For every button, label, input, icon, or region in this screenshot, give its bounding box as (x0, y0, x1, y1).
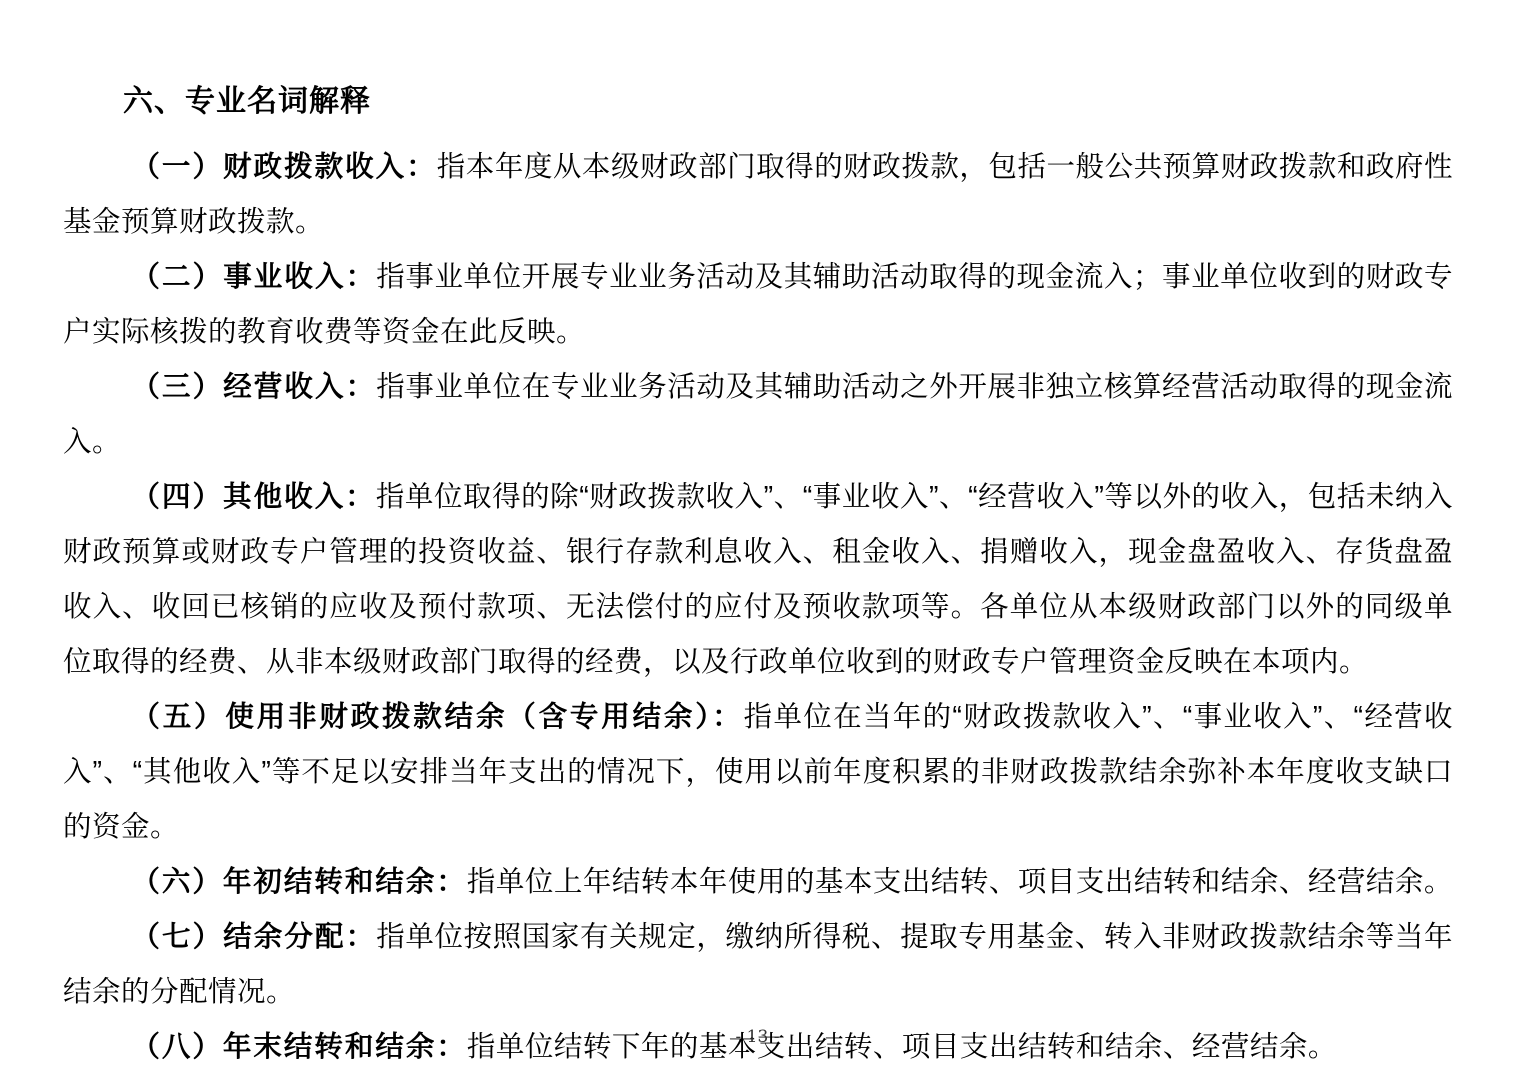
document-page: 六、专业名词解释 （一）财政拨款收入：指本年度从本级财政部门取得的财政拨款，包括… (0, 0, 1515, 1069)
term-label: （一）财政拨款收入： (131, 152, 436, 183)
term-label: （七）结余分配： (131, 922, 376, 953)
term-definition: 指单位上年结转本年使用的基本支出结转、项目支出结转和结余、经营结余。 (467, 866, 1453, 898)
term-paragraph: （二）事业收入：指事业单位开展专业业务活动及其辅助活动取得的现金流入；事业单位收… (63, 250, 1453, 360)
term-paragraph: （七）结余分配：指单位按照国家有关规定，缴纳所得税、提取专用基金、转入非财政拨款… (63, 910, 1453, 1020)
term-label: （二）事业收入： (131, 262, 376, 293)
term-paragraph: （五）使用非财政拨款结余（含专用结余）：指单位在当年的“财政拨款收入”、“事业收… (63, 690, 1453, 855)
term-paragraph: （六）年初结转和结余：指单位上年结转本年使用的基本支出结转、项目支出结转和结余、… (63, 855, 1453, 910)
term-label: （六）年初结转和结余： (131, 867, 467, 898)
term-label: （五）使用非财政拨款结余（含专用结余）： (131, 702, 743, 733)
term-label: （四）其他收入： (131, 482, 375, 513)
section-heading: 六、专业名词解释 (63, 78, 1453, 126)
term-paragraph: （一）财政拨款收入：指本年度从本级财政部门取得的财政拨款，包括一般公共预算财政拨… (63, 140, 1453, 250)
page-number: - 13 - (0, 1027, 1515, 1047)
term-paragraph: （四）其他收入：指单位取得的除“财政拨款收入”、“事业收入”、“经营收入”等以外… (63, 470, 1453, 690)
term-paragraph: （三）经营收入：指事业单位在专业业务活动及其辅助活动之外开展非独立核算经营活动取… (63, 360, 1453, 470)
term-label: （三）经营收入： (131, 372, 376, 403)
